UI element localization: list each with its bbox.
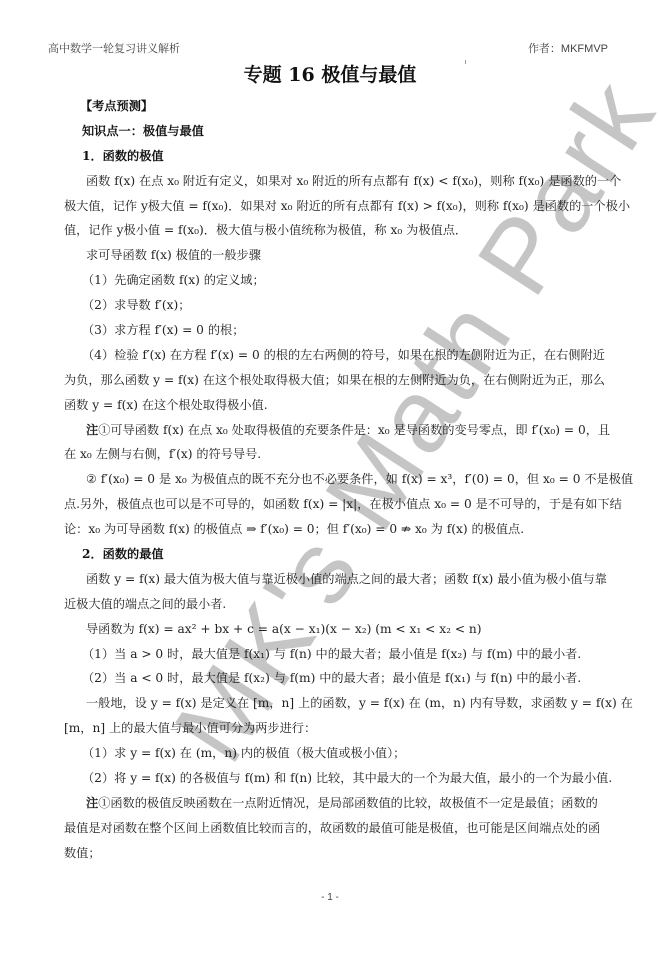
- line-text: 2．函数的最值: [82, 547, 164, 561]
- text-line: （3）求方程 f′(x) = 0 的根；: [64, 318, 614, 343]
- line-text: 一般地，设 y = f(x) 是定义在 [m，n] 上的函数，y = f(x) …: [86, 696, 633, 710]
- text-line: 值，记作 y极小值 = f(x₀)．极大值与极小值统称为极值，称 x₀ 为极值点…: [64, 218, 614, 243]
- running-header-author: 作者：MKFMVP: [528, 40, 608, 56]
- line-text: 导函数为 f(x) = ax² + bx + c = a(x − x₁)(x −…: [86, 622, 482, 636]
- text-line: 导函数为 f(x) = ax² + bx + c = a(x − x₁)(x −…: [64, 617, 614, 642]
- text-line: 2．函数的最值: [64, 542, 614, 567]
- page-title: 专题 16 极值与最值: [0, 60, 660, 87]
- text-line: 知识点一：极值与最值: [64, 119, 614, 144]
- text-line: ② f′(x₀) = 0 是 x₀ 为极值点的既不充分也不必要条件，如 f(x)…: [64, 467, 614, 492]
- text-line: （1）当 a > 0 时，最大值是 f(x₁) 与 f(n) 中的最大者；最小值…: [64, 642, 614, 667]
- line-text: 在 x₀ 左侧与右侧，f′(x) 的符号导号.: [64, 447, 261, 461]
- line-text: 求可导函数 f(x) 极值的一般步骤: [86, 248, 261, 262]
- text-line: 注①函数的极值反映函数在一点附近情况，是局部函数值的比较，故极值不一定是最值；函…: [64, 791, 614, 816]
- line-text: [m，n] 上的最大值与最小值可分为两步进行：: [64, 721, 316, 735]
- text-line: （4）检验 f′(x) 在方程 f′(x) = 0 的根的左右两侧的符号，如果在…: [64, 343, 614, 368]
- line-text: （1）当 a > 0 时，最大值是 f(x₁) 与 f(n) 中的最大者；最小值…: [82, 647, 581, 661]
- line-text: （3）求方程 f′(x) = 0 的根；: [82, 323, 244, 337]
- text-line: （2）当 a < 0 时，最大值是 f(x₂) 与 f(m) 中的最大者；最小值…: [64, 666, 614, 691]
- text-line: 函数 y = f(x) 在这个根处取得极小值.: [64, 393, 614, 418]
- text-line: 一般地，设 y = f(x) 是定义在 [m，n] 上的函数，y = f(x) …: [64, 691, 614, 716]
- line-text: 近极大值的端点之间的最小者.: [64, 597, 226, 611]
- note-label: 注: [86, 796, 98, 810]
- text-line: 论：x₀ 为可导函数 f(x) 的极值点 ⇒ f′(x₀) = 0；但 f′(x…: [64, 517, 614, 542]
- text-line: [m，n] 上的最大值与最小值可分为两步进行：: [64, 716, 614, 741]
- line-text: 知识点一：极值与最值: [82, 124, 204, 138]
- running-header-left: 高中数学一轮复习讲义解析: [48, 40, 180, 56]
- line-text: （1）求 y = f(x) 在 (m，n) 内的极值（极大值或极小值）；: [82, 746, 405, 760]
- text-line: 【考点预测】: [62, 94, 614, 119]
- text-line: 注①可导函数 f(x) 在点 x₀ 处取得极值的充要条件是：x₀ 是导函数的变号…: [64, 418, 614, 443]
- line-text: ② f′(x₀) = 0 是 x₀ 为极值点的既不充分也不必要条件，如 f(x)…: [86, 472, 633, 486]
- text-line: 点.另外，极值点也可以是不可导的，如函数 f(x) = |x|，在极小值点 x₀…: [64, 492, 614, 517]
- line-text: ①可导函数 f(x) 在点 x₀ 处取得极值的充要条件是：x₀ 是导函数的变号零…: [98, 423, 610, 437]
- line-text: （2）将 y = f(x) 的各极值与 f(m) 和 f(n) 比较，其中最大的…: [82, 771, 612, 785]
- line-text: 【考点预测】: [80, 99, 153, 113]
- text-line: （2）求导数 f′(x)；: [64, 293, 614, 318]
- line-text: 最值是对函数在整个区间上函数值比较而言的，故函数的最值可能是极值，也可能是区间端…: [64, 821, 600, 835]
- line-text: （2）求导数 f′(x)；: [82, 298, 190, 312]
- text-line: （1）先确定函数 f(x) 的定义域；: [64, 268, 614, 293]
- page-number: - 1 -: [0, 892, 660, 903]
- text-line: 在 x₀ 左侧与右侧，f′(x) 的符号导号.: [64, 442, 614, 467]
- text-line: 近极大值的端点之间的最小者.: [64, 592, 614, 617]
- line-text: 值，记作 y极小值 = f(x₀)．极大值与极小值统称为极值，称 x₀ 为极值点…: [64, 223, 467, 237]
- text-line: 为负，那么函数 y = f(x) 在这个根处取得极大值；如果在根的左侧附近为负，…: [64, 368, 614, 393]
- line-text: 论：x₀ 为可导函数 f(x) 的极值点 ⇒ f′(x₀) = 0；但 f′(x…: [64, 522, 524, 536]
- text-line: 极大值，记作 y极大值 = f(x₀)．如果对 x₀ 附近的所有点都有 f(x)…: [64, 194, 614, 219]
- line-text: 1．函数的极值: [82, 149, 164, 163]
- text-line: 数值；: [64, 841, 614, 866]
- text-line: 函数 f(x) 在点 x₀ 附近有定义，如果对 x₀ 附近的所有点都有 f(x)…: [64, 169, 614, 194]
- text-line: 1．函数的极值: [64, 144, 614, 169]
- text-line: 最值是对函数在整个区间上函数值比较而言的，故函数的最值可能是极值，也可能是区间端…: [64, 816, 614, 841]
- line-text: ①函数的极值反映函数在一点附近情况，是局部函数值的比较，故极值不一定是最值；函数…: [98, 796, 598, 810]
- text-line: 函数 y = f(x) 最大值为极大值与靠近极小值的端点之间的最大者；函数 f(…: [64, 567, 614, 592]
- text-line: （1）求 y = f(x) 在 (m，n) 内的极值（极大值或极小值）；: [64, 741, 614, 766]
- document-body: 【考点预测】知识点一：极值与最值1．函数的极值函数 f(x) 在点 x₀ 附近有…: [64, 94, 614, 866]
- note-label: 注: [86, 423, 98, 437]
- line-text: 为负，那么函数 y = f(x) 在这个根处取得极大值；如果在根的左侧附近为负，…: [64, 373, 605, 387]
- line-text: 极大值，记作 y极大值 = f(x₀)．如果对 x₀ 附近的所有点都有 f(x)…: [64, 199, 630, 213]
- line-text: （4）检验 f′(x) 在方程 f′(x) = 0 的根的左右两侧的符号，如果在…: [82, 348, 605, 362]
- line-text: 数值；: [64, 846, 101, 860]
- text-line: （2）将 y = f(x) 的各极值与 f(m) 和 f(n) 比较，其中最大的…: [64, 766, 614, 791]
- line-text: 函数 y = f(x) 在这个根处取得极小值.: [64, 398, 268, 412]
- text-line: 求可导函数 f(x) 极值的一般步骤: [64, 243, 614, 268]
- line-text: 点.另外，极值点也可以是不可导的，如函数 f(x) = |x|，在极小值点 x₀…: [64, 497, 622, 511]
- line-text: 函数 f(x) 在点 x₀ 附近有定义，如果对 x₀ 附近的所有点都有 f(x)…: [86, 174, 621, 188]
- line-text: 函数 y = f(x) 最大值为极大值与靠近极小值的端点之间的最大者；函数 f(…: [86, 572, 607, 586]
- line-text: （1）先确定函数 f(x) 的定义域；: [82, 273, 265, 287]
- line-text: （2）当 a < 0 时，最大值是 f(x₂) 与 f(m) 中的最大者；最小值…: [82, 671, 581, 685]
